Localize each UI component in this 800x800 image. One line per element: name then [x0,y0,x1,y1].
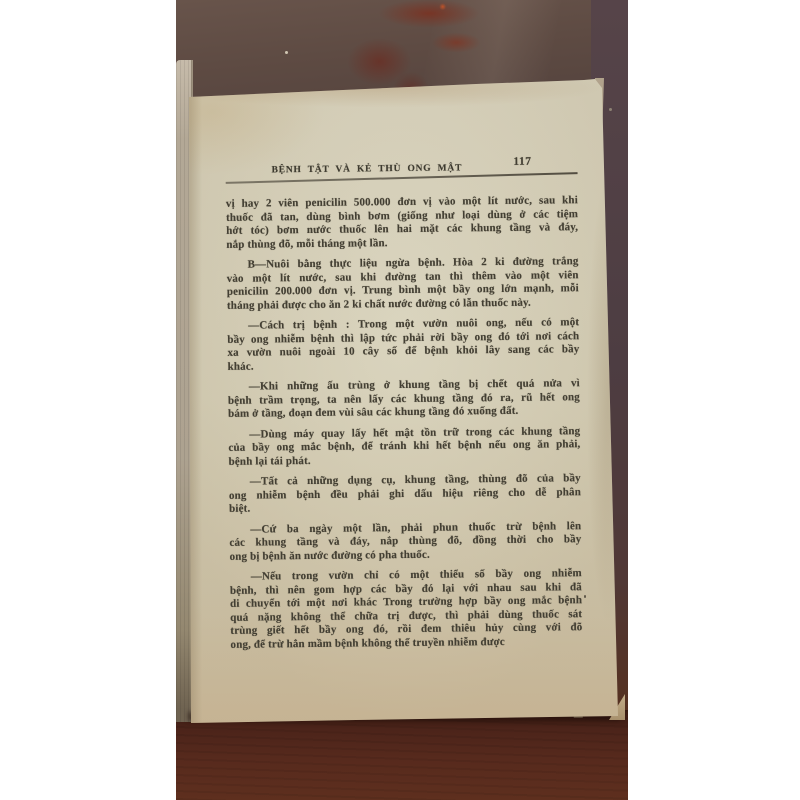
text-block: BỆNH TẬT VÀ KẺ THÙ ONG MẬT 117 vị hay 2 … [225,156,582,652]
wood-mark [609,108,612,111]
running-header: BỆNH TẬT VÀ KẺ THÙ ONG MẬT 117 [225,156,577,174]
paragraph: —Khi những ấu trùng ở khung tầng bị chết… [228,377,580,421]
paragraph: vị hay 2 viên penicilin 500.000 đơn vị v… [226,194,579,252]
paragraph: —Cách trị bệnh : Trong một vườn nuôi ong… [227,316,580,374]
book-page: BỆNH TẬT VÀ KẺ THÙ ONG MẬT 117 vị hay 2 … [176,0,628,800]
paragraph: B—Nuôi bằng thực liệu ngừa bệnh. Hòa 2 k… [226,255,579,313]
wood-table-bottom [176,710,628,800]
text-line: bám ở tầng, đoạn đem vùi sâu các khung t… [228,404,580,421]
dust-speck [285,51,288,54]
photograph: BỆNH TẬT VÀ KẺ THÙ ONG MẬT 117 vị hay 2 … [176,0,628,800]
body-text: vị hay 2 viên penicilin 500.000 đơn vị v… [226,194,583,652]
paragraph: —Nếu trong vườn chỉ có một thiểu số bầy … [230,567,583,652]
paragraph: —Dùng máy quay lấy hết mật tồn trữ trong… [228,425,580,469]
page-number: 117 [513,156,531,168]
running-title: BỆNH TẬT VÀ KẺ THÙ ONG MẬT [271,163,462,175]
paragraph: —Cứ ba ngày một lần, phải phun thuốc trừ… [229,520,581,564]
ink-speck [584,595,586,598]
photo-of-book-page: BỆNH TẬT VÀ KẺ THÙ ONG MẬT 117 vị hay 2 … [0,0,800,800]
paragraph: —Tất cả những dụng cụ, khung tầng, thùng… [229,472,581,516]
